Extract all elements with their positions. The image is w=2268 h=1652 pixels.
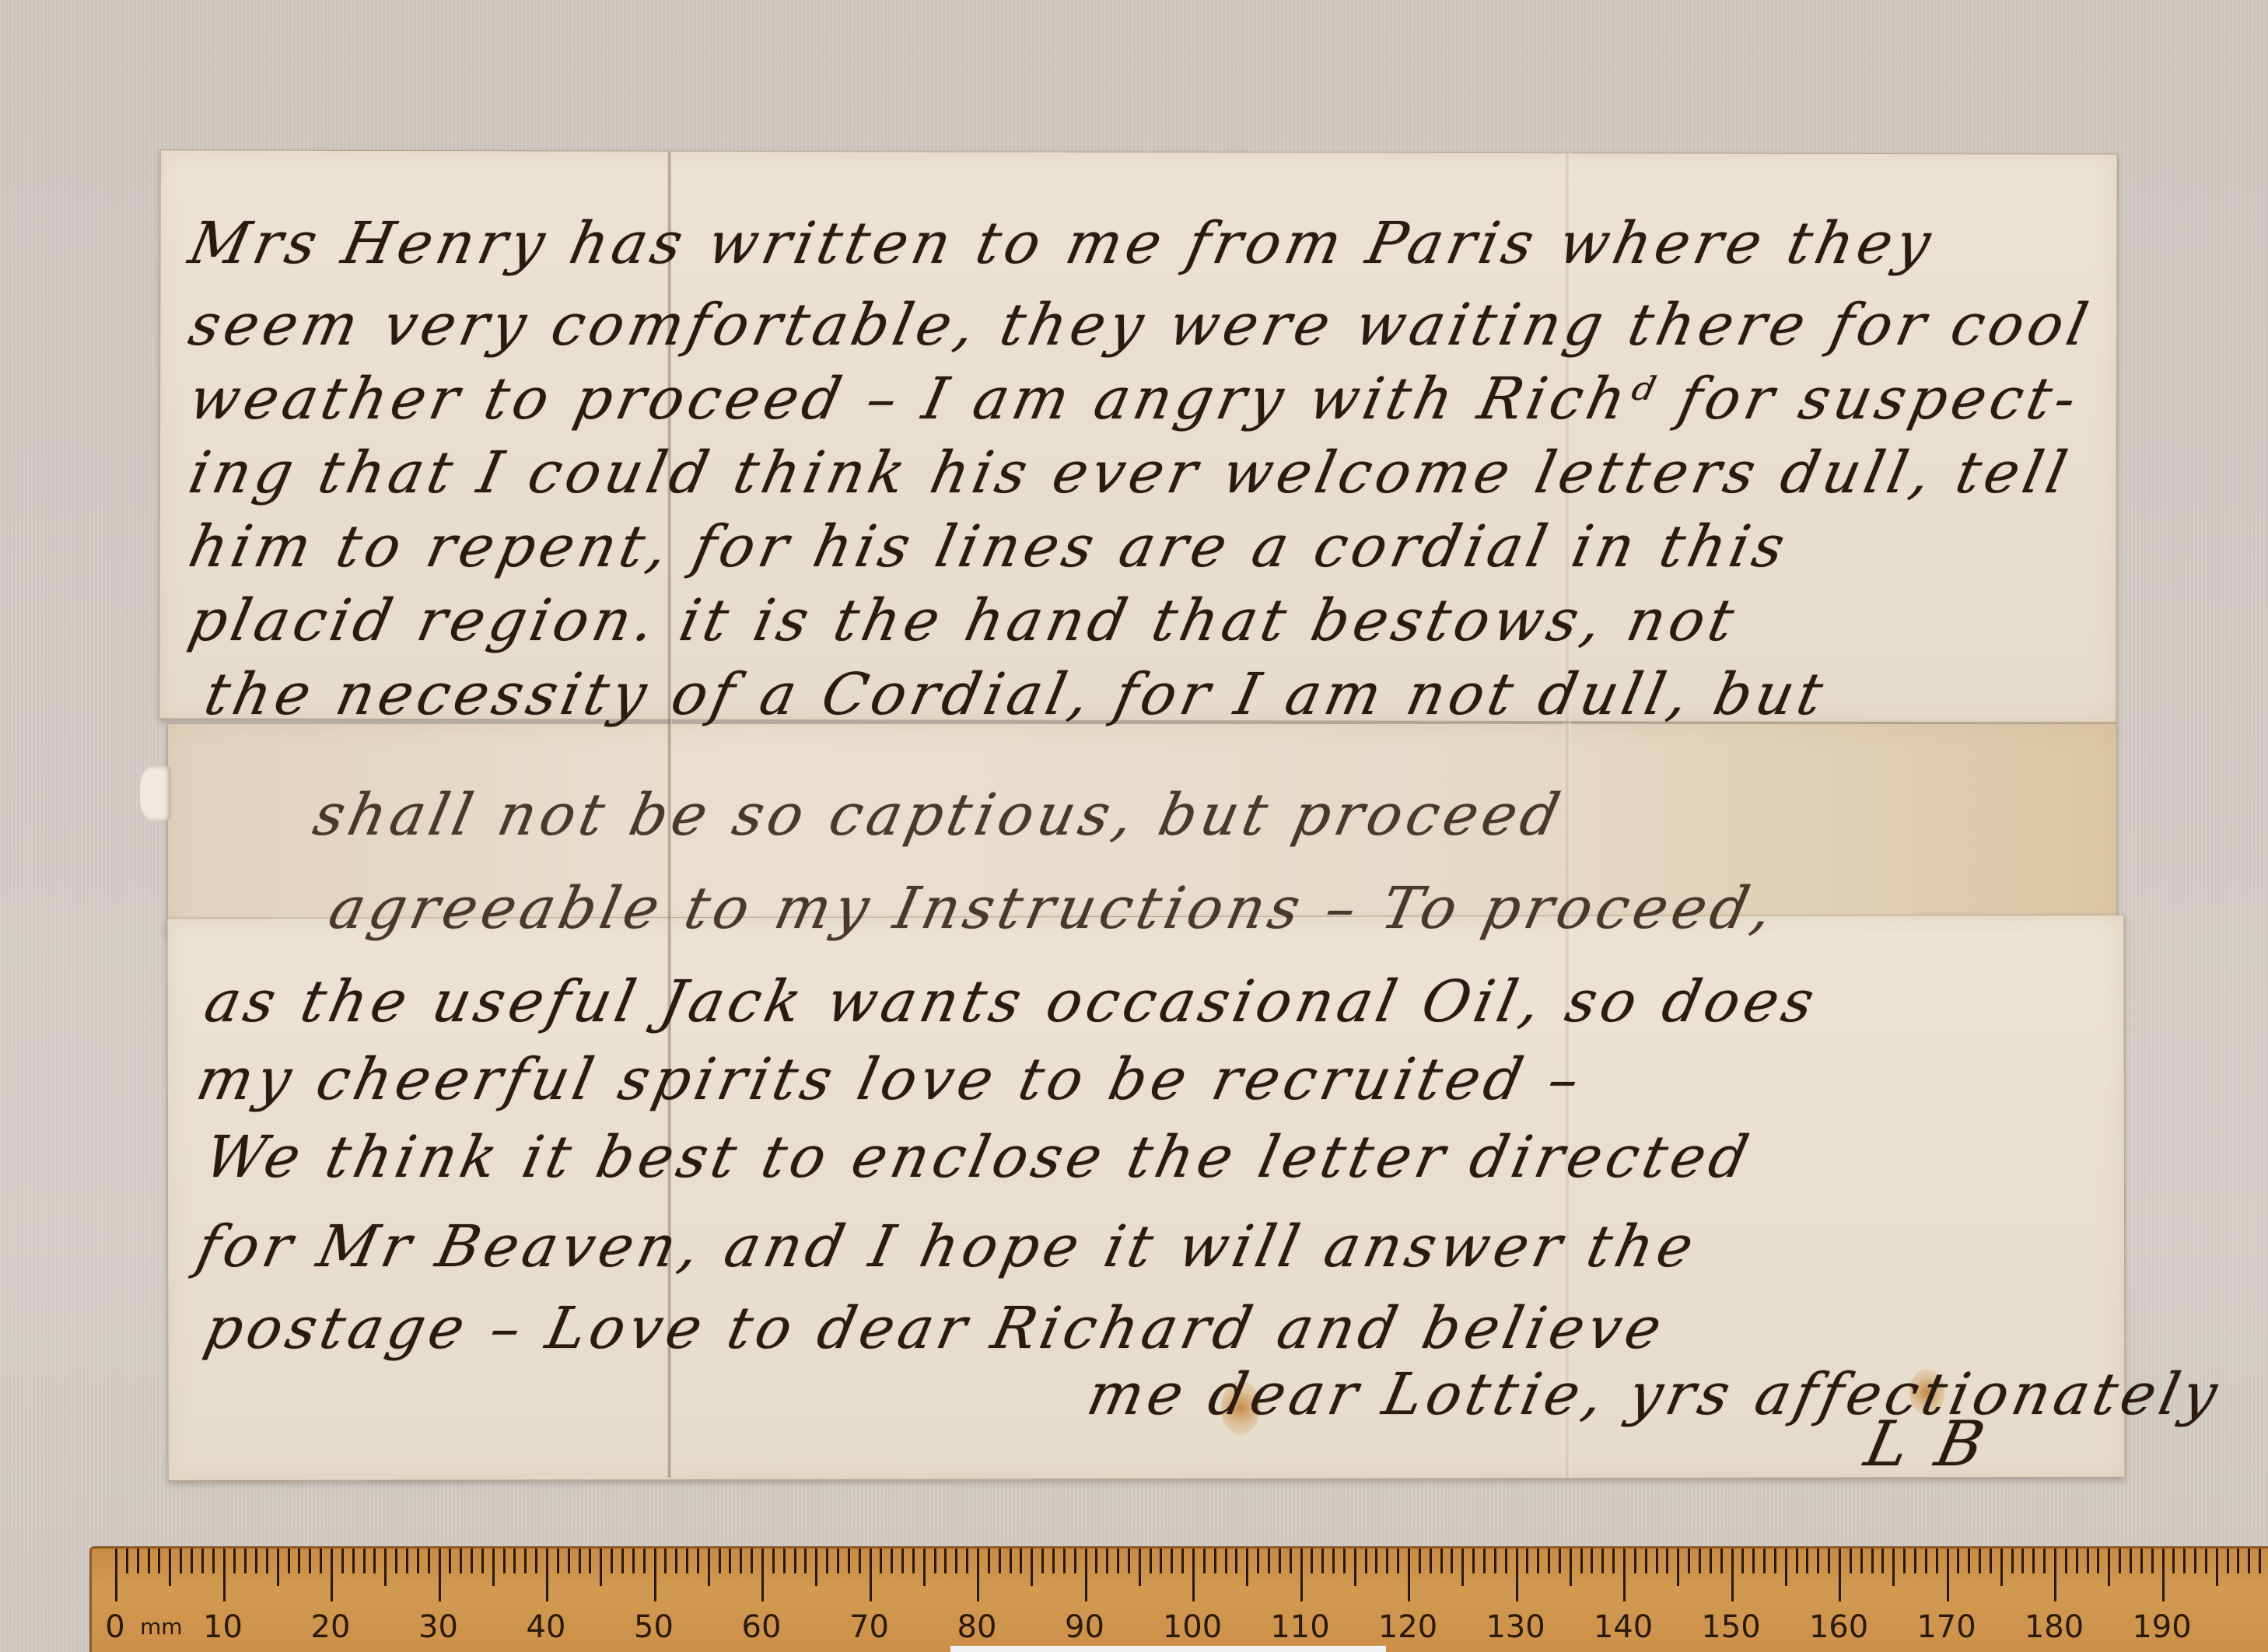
measuring-ruler: mm 0102030405060708090100110120130140150… bbox=[89, 1546, 2268, 1652]
ruler-tick bbox=[697, 1549, 699, 1573]
ruler-tick bbox=[664, 1549, 667, 1573]
ruler-tick bbox=[1601, 1549, 1604, 1573]
ruler-tick bbox=[2032, 1549, 2035, 1573]
ruler-tick bbox=[2011, 1549, 2014, 1573]
ruler-tick bbox=[373, 1549, 376, 1573]
ruler-tick bbox=[1020, 1549, 1022, 1573]
ruler-tick bbox=[1052, 1549, 1055, 1573]
ruler-tick bbox=[1979, 1549, 1981, 1573]
ruler-tick bbox=[1117, 1549, 1119, 1573]
ruler-tick bbox=[1741, 1549, 1744, 1573]
ruler-tick bbox=[1095, 1549, 1097, 1573]
ruler-tick bbox=[2087, 1549, 2089, 1573]
ruler-tick bbox=[1279, 1549, 1281, 1573]
ruler-tick bbox=[859, 1549, 861, 1573]
ruler-tick bbox=[1850, 1549, 1852, 1573]
ruler-label: 50 bbox=[634, 1609, 674, 1645]
ruler-tick bbox=[1774, 1549, 1776, 1573]
ruler-tick bbox=[1903, 1549, 1906, 1573]
ruler-tick bbox=[384, 1549, 387, 1586]
ruler-tick bbox=[1106, 1549, 1108, 1573]
ruler-label: 110 bbox=[1270, 1609, 1329, 1645]
ruler-tick bbox=[2043, 1549, 2046, 1573]
ruler-tick bbox=[1257, 1549, 1259, 1573]
ruler-tick bbox=[1936, 1549, 1938, 1573]
ruler-tick bbox=[2140, 1549, 2143, 1573]
ruler-tick bbox=[1892, 1549, 1895, 1586]
ruler-tick bbox=[955, 1549, 957, 1573]
ruler-tick bbox=[492, 1549, 495, 1586]
ruler-tick bbox=[966, 1549, 968, 1573]
ruler-tick bbox=[891, 1549, 893, 1573]
ruler-label: 10 bbox=[203, 1609, 243, 1645]
ruler-tick bbox=[772, 1549, 775, 1573]
ruler-tick bbox=[923, 1549, 926, 1586]
ruler-tick bbox=[1612, 1549, 1615, 1573]
ruler-tick bbox=[804, 1549, 807, 1573]
ruler-tick bbox=[417, 1549, 419, 1573]
ruler-tick bbox=[1925, 1549, 1927, 1573]
ruler-tick bbox=[1699, 1549, 1701, 1573]
ruler-tick bbox=[1300, 1549, 1303, 1601]
letter-line: We think it best to enclose the letter d… bbox=[199, 1124, 1759, 1191]
ruler-tick bbox=[1990, 1549, 1992, 1573]
ruler-tick bbox=[2000, 1549, 2003, 1586]
ruler-tick bbox=[1139, 1549, 1141, 1586]
ruler-tick bbox=[621, 1549, 624, 1573]
ruler-tick bbox=[1397, 1549, 1399, 1573]
letter-signature: L B bbox=[1859, 1408, 1995, 1480]
letter-line: Mrs Henry has written to me from Paris w… bbox=[184, 210, 1941, 277]
ruler-tick bbox=[729, 1549, 731, 1573]
ruler-tick bbox=[2108, 1549, 2110, 1586]
ruler-tick bbox=[848, 1549, 850, 1573]
ruler-tick bbox=[2054, 1549, 2056, 1601]
ruler-tick bbox=[2172, 1549, 2175, 1573]
ruler-tick bbox=[244, 1549, 247, 1573]
ruler-tick bbox=[277, 1549, 279, 1586]
letter-line: shall not be so captious, but proceed bbox=[308, 782, 1570, 849]
ruler-tick bbox=[309, 1549, 311, 1573]
ruler-label: 190 bbox=[2132, 1609, 2191, 1645]
ruler-tick bbox=[1343, 1549, 1346, 1573]
ruler-tick bbox=[1430, 1549, 1432, 1573]
ruler-tick bbox=[761, 1549, 764, 1601]
ruler-tick bbox=[654, 1549, 656, 1601]
ruler-tick bbox=[837, 1549, 839, 1573]
ruler-tick bbox=[2119, 1549, 2121, 1573]
ruler-label: 40 bbox=[527, 1609, 566, 1645]
ruler-tick bbox=[395, 1549, 397, 1573]
ruler-tick bbox=[1763, 1549, 1766, 1573]
ruler-tick bbox=[1063, 1549, 1066, 1573]
ruler-tick bbox=[363, 1549, 366, 1573]
ruler-tick bbox=[471, 1549, 473, 1573]
ruler-tick bbox=[439, 1549, 441, 1601]
ruler-tick bbox=[2065, 1549, 2067, 1573]
letter-line: as the useful Jack wants occasional Oil,… bbox=[199, 968, 1825, 1035]
ruler-tick bbox=[1720, 1549, 1723, 1573]
ruler-tick bbox=[1268, 1549, 1270, 1573]
ruler-tick bbox=[1570, 1549, 1572, 1586]
ruler-tick bbox=[1666, 1549, 1668, 1573]
paper-tear bbox=[140, 766, 171, 821]
ruler-tick bbox=[1947, 1549, 1949, 1601]
ruler-tick bbox=[632, 1549, 635, 1573]
ruler-tick bbox=[503, 1549, 506, 1573]
ruler-tick bbox=[1968, 1549, 1970, 1573]
letter-line: weather to proceed – I am angry with Ric… bbox=[184, 366, 2087, 432]
ruler-tick bbox=[568, 1549, 570, 1573]
ruler-tick bbox=[546, 1549, 548, 1601]
ruler-tick bbox=[999, 1549, 1001, 1573]
ruler-tick bbox=[977, 1549, 979, 1601]
ruler-tick bbox=[158, 1549, 160, 1573]
ruler-tick bbox=[1634, 1549, 1636, 1573]
ruler-tick bbox=[1225, 1549, 1227, 1573]
ruler-label: 60 bbox=[742, 1609, 782, 1645]
ruler-tick bbox=[579, 1549, 581, 1573]
ruler-tick bbox=[212, 1549, 215, 1573]
ruler-tick bbox=[600, 1549, 602, 1586]
ruler-tick bbox=[611, 1549, 613, 1573]
ruler-tick bbox=[2162, 1549, 2165, 1601]
ruler-tick bbox=[1171, 1549, 1173, 1573]
ruler-tick bbox=[460, 1549, 462, 1573]
ruler-tick bbox=[2227, 1549, 2229, 1573]
ruler-tick bbox=[2205, 1549, 2207, 1573]
ruler-tick bbox=[912, 1549, 915, 1573]
ruler-tick bbox=[557, 1549, 559, 1573]
ruler-tick bbox=[449, 1549, 451, 1573]
ruler-label: 150 bbox=[1701, 1609, 1760, 1645]
ruler-tick bbox=[1839, 1549, 1841, 1601]
ruler-tick bbox=[1128, 1549, 1130, 1573]
letter-line: for Mr Beaven, and I hope it will answer… bbox=[191, 1213, 1703, 1280]
ruler-tick bbox=[115, 1549, 117, 1601]
ruler-tick bbox=[320, 1549, 322, 1573]
ruler-tick bbox=[1871, 1549, 1874, 1573]
ruler-tick bbox=[1526, 1549, 1528, 1573]
ruler-tick bbox=[524, 1549, 527, 1573]
ruler-tick bbox=[1677, 1549, 1679, 1586]
ruler-tick bbox=[2151, 1549, 2154, 1573]
ruler-tick bbox=[1031, 1549, 1033, 1586]
ruler-tick bbox=[233, 1549, 236, 1573]
ruler-unit: mm bbox=[140, 1614, 183, 1640]
ruler-tick bbox=[751, 1549, 753, 1573]
ruler-tick bbox=[1440, 1549, 1443, 1573]
ruler-tick bbox=[137, 1549, 139, 1573]
ruler-tick bbox=[1796, 1549, 1798, 1573]
ruler-tick bbox=[1192, 1549, 1195, 1601]
ruler-tick bbox=[1785, 1549, 1787, 1586]
ruler-tick bbox=[2194, 1549, 2196, 1573]
ruler-tick bbox=[1591, 1549, 1593, 1573]
ruler-tick bbox=[2216, 1549, 2218, 1586]
ruler-tick bbox=[719, 1549, 721, 1573]
ruler-tick bbox=[126, 1549, 128, 1573]
ruler-tick bbox=[1559, 1549, 1561, 1573]
ruler-tick bbox=[1365, 1549, 1367, 1573]
letter-line: the necessity of a Cordial, for I am not… bbox=[199, 661, 1833, 728]
letter-line: postage – Love to dear Richard and belie… bbox=[199, 1295, 1671, 1362]
ruler-tick bbox=[191, 1549, 193, 1573]
letter-line: him to repent, for his lines are a cordi… bbox=[184, 513, 1795, 580]
ruler-tick bbox=[1580, 1549, 1583, 1573]
ruler-tick bbox=[1085, 1549, 1087, 1601]
ruler-tick bbox=[481, 1549, 484, 1573]
ruler-tick bbox=[1828, 1549, 1830, 1573]
ruler-tick bbox=[988, 1549, 990, 1573]
ruler-tick bbox=[1203, 1549, 1206, 1573]
ruler-tick bbox=[1041, 1549, 1044, 1573]
ruler-tick bbox=[815, 1549, 817, 1586]
ruler-label: 140 bbox=[1594, 1609, 1653, 1645]
letter-line: my cheerful spirits love to be recruited… bbox=[191, 1046, 1590, 1113]
ruler-tick bbox=[2097, 1549, 2099, 1573]
ruler-tick bbox=[1914, 1549, 1916, 1573]
ruler-tick bbox=[2259, 1549, 2261, 1573]
letter-line: seem very comfortable, they were waiting… bbox=[184, 292, 2098, 359]
ruler-tick bbox=[513, 1549, 516, 1573]
ruler-label: 180 bbox=[2025, 1609, 2084, 1645]
ruler-tick bbox=[1881, 1549, 1884, 1573]
ruler-tick bbox=[1181, 1549, 1184, 1573]
ruler-tick bbox=[934, 1549, 936, 1573]
ruler-label: 170 bbox=[1916, 1609, 1976, 1645]
ruler-tick bbox=[1290, 1549, 1292, 1573]
ruler-tick bbox=[1311, 1549, 1313, 1573]
ruler-tick bbox=[341, 1549, 344, 1573]
ruler-tick bbox=[708, 1549, 710, 1586]
ruler-tick bbox=[1494, 1549, 1496, 1573]
ruler-label: 90 bbox=[1065, 1609, 1104, 1645]
ruler-tick bbox=[1010, 1549, 1012, 1573]
ruler-tick bbox=[1656, 1549, 1658, 1573]
ruler-tick bbox=[1860, 1549, 1863, 1573]
ruler-tick bbox=[1537, 1549, 1539, 1573]
ruler-tick bbox=[1160, 1549, 1162, 1573]
ruler-tick bbox=[201, 1549, 204, 1573]
ruler-tick bbox=[406, 1549, 408, 1573]
ruler-tick bbox=[1321, 1549, 1324, 1573]
ruler-tick bbox=[901, 1549, 904, 1573]
ruler-tick bbox=[870, 1549, 872, 1601]
ruler-tick bbox=[2237, 1549, 2239, 1573]
ruler-tick bbox=[2021, 1549, 2024, 1573]
ruler-label: 100 bbox=[1163, 1609, 1222, 1645]
ruler-label: 130 bbox=[1486, 1609, 1545, 1645]
ruler-tick bbox=[1752, 1549, 1755, 1573]
ruler-tick bbox=[675, 1549, 677, 1573]
ruler-label: 70 bbox=[849, 1609, 889, 1645]
ruler-label: 30 bbox=[418, 1609, 458, 1645]
ruler-tick bbox=[428, 1549, 430, 1573]
ruler-tick bbox=[2183, 1549, 2186, 1573]
ruler-tick bbox=[535, 1549, 537, 1573]
ruler-tick bbox=[180, 1549, 182, 1573]
ruler-label: 160 bbox=[1809, 1609, 1868, 1645]
letter-line: agreeable to my Instructions – To procee… bbox=[324, 875, 1783, 942]
ruler-tick bbox=[1817, 1549, 1819, 1573]
ruler-tick bbox=[740, 1549, 742, 1573]
ruler-tick bbox=[686, 1549, 688, 1573]
letter: Mrs Henry has written to me from Paris w… bbox=[0, 0, 2268, 1493]
ruler-label: 120 bbox=[1378, 1609, 1437, 1645]
ruler-tick bbox=[148, 1549, 150, 1573]
ruler-tick bbox=[643, 1549, 646, 1573]
ruler-tick bbox=[1806, 1549, 1808, 1573]
ruler-tick bbox=[331, 1549, 333, 1601]
ruler-tick bbox=[589, 1549, 591, 1573]
ruler-tick bbox=[298, 1549, 300, 1573]
ruler-label: 0 bbox=[105, 1609, 124, 1645]
ruler-tick bbox=[1688, 1549, 1690, 1573]
ruler-tick bbox=[1419, 1549, 1421, 1573]
ruler-tick bbox=[794, 1549, 796, 1573]
ruler-tick bbox=[1645, 1549, 1647, 1573]
ruler-tick bbox=[1710, 1549, 1712, 1573]
ruler-tick bbox=[352, 1549, 355, 1573]
ruler-tick bbox=[783, 1549, 786, 1573]
ruler-tick bbox=[1461, 1549, 1464, 1586]
ruler-tick bbox=[266, 1549, 268, 1573]
ruler-tick bbox=[2076, 1549, 2078, 1573]
ruler-tick bbox=[1548, 1549, 1550, 1573]
ruler-tick bbox=[1386, 1549, 1388, 1573]
ruler-tick bbox=[169, 1549, 171, 1586]
ruler-tick bbox=[255, 1549, 257, 1573]
ruler-tick bbox=[1451, 1549, 1453, 1573]
ruler-tick bbox=[1731, 1549, 1734, 1601]
ruler-tick bbox=[1235, 1549, 1237, 1573]
letter-closing: me dear Lottie, yrs affectionately bbox=[1082, 1361, 2228, 1428]
ruler-tick bbox=[288, 1549, 290, 1573]
ruler-tick bbox=[223, 1549, 226, 1601]
ruler-tick bbox=[880, 1549, 882, 1573]
label-card-edge bbox=[950, 1646, 1386, 1652]
ruler-tick bbox=[1483, 1549, 1486, 1573]
ruler-tick bbox=[1246, 1549, 1248, 1586]
ruler-tick bbox=[1214, 1549, 1216, 1573]
ruler-tick bbox=[944, 1549, 947, 1573]
ruler-tick bbox=[1472, 1549, 1475, 1573]
ruler-tick bbox=[1623, 1549, 1626, 1601]
ruler-tick bbox=[1375, 1549, 1377, 1573]
letter-line: placid region. it is the hand that besto… bbox=[184, 587, 1745, 654]
ruler-tick bbox=[1354, 1549, 1356, 1586]
ruler-label: 20 bbox=[311, 1609, 351, 1645]
ruler-tick bbox=[2130, 1549, 2132, 1573]
ruler-label: 80 bbox=[957, 1609, 997, 1645]
ruler-tick bbox=[1957, 1549, 1959, 1573]
ruler-tick bbox=[826, 1549, 828, 1573]
ruler-tick bbox=[2248, 1549, 2250, 1573]
letter-line: ing that I could think his ever welcome … bbox=[184, 439, 2077, 506]
ruler-tick bbox=[1408, 1549, 1410, 1601]
ruler-tick bbox=[1074, 1549, 1076, 1573]
ruler-tick bbox=[1150, 1549, 1152, 1573]
ruler-tick bbox=[1332, 1549, 1335, 1573]
ruler-tick bbox=[1516, 1549, 1518, 1601]
ruler-tick bbox=[1505, 1549, 1507, 1573]
